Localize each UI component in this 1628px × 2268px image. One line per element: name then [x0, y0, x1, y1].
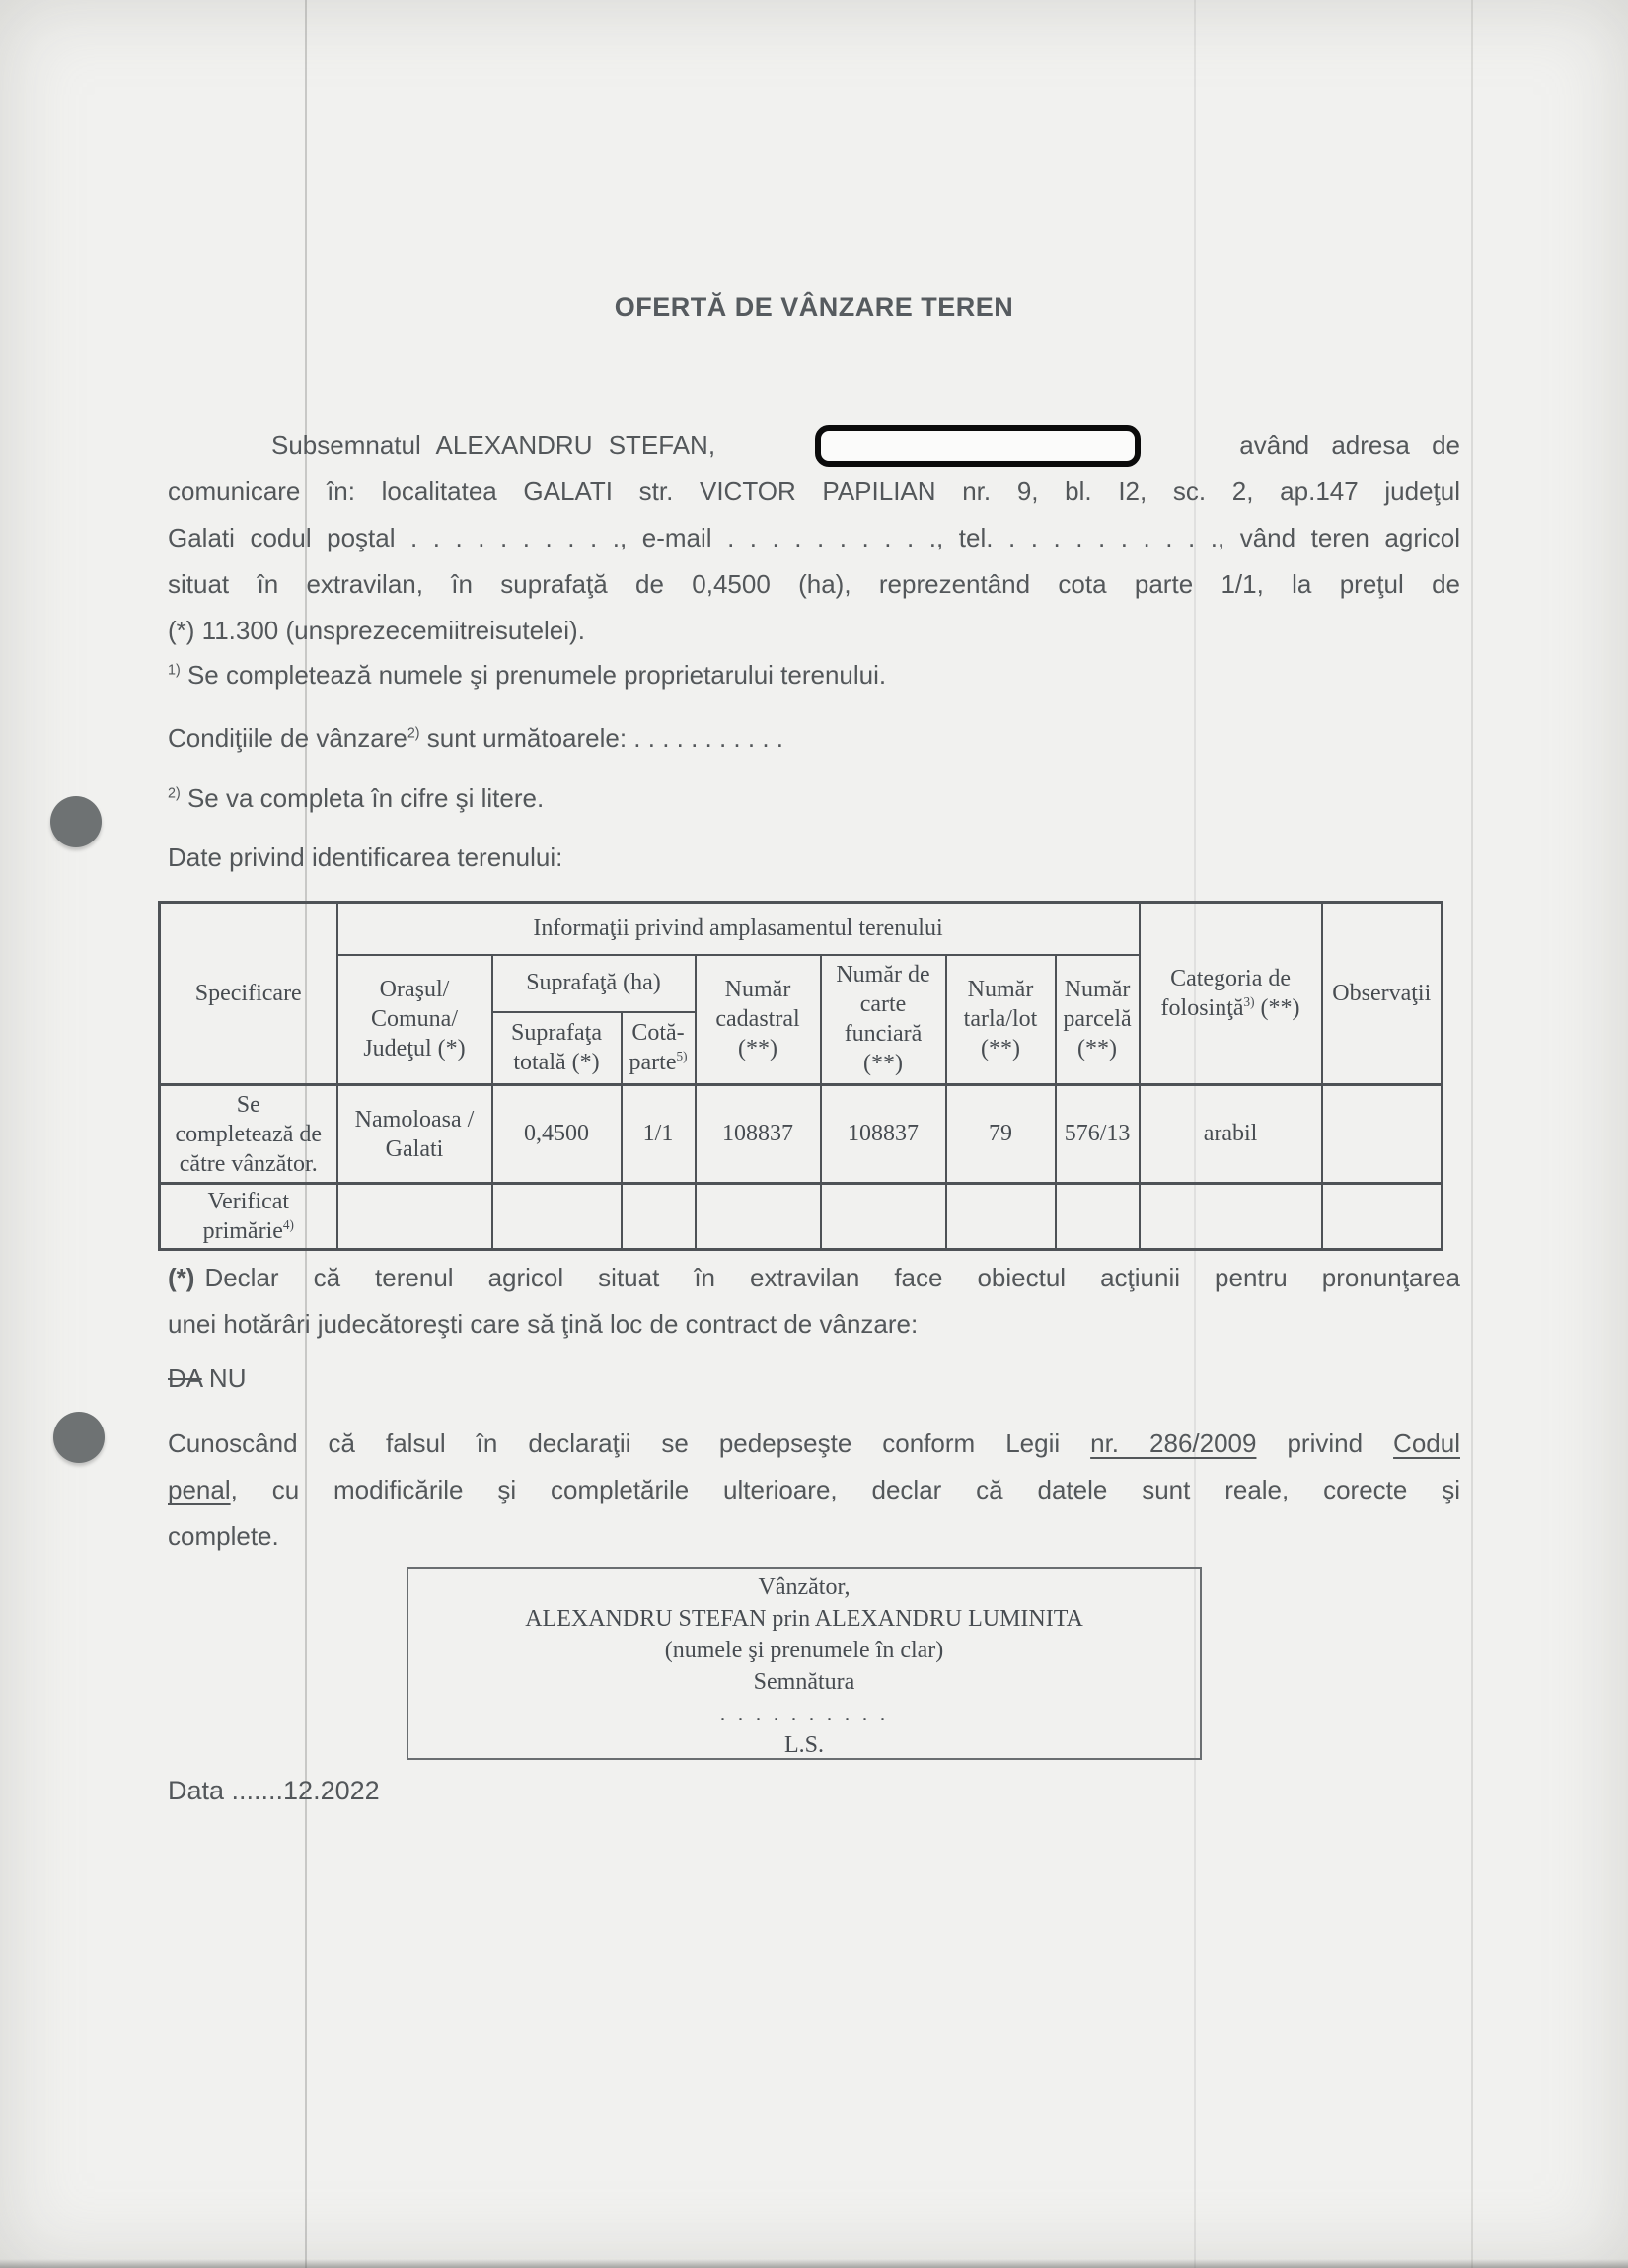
- footnote-1: 1) Se completează numele şi prenumele pr…: [168, 658, 1460, 692]
- col-header-observatii: Observaţii: [1322, 903, 1443, 1085]
- intro-line-1-after: având adresa de: [1239, 422, 1460, 469]
- table-intro: Date privind identificarea terenului:: [168, 841, 1460, 874]
- cell-orasul: Namoloasa / Galati: [337, 1085, 492, 1184]
- declaration-marker: (*): [168, 1263, 194, 1292]
- ls-label: L.S.: [408, 1729, 1200, 1761]
- penalty-paragraph: Cunoscând că falsul în declaraţii se ped…: [168, 1421, 1460, 1560]
- footnote-1-marker: 1): [168, 662, 181, 678]
- conditions-before: Condiţiile de vânzare: [168, 723, 407, 753]
- intro-line-4: situat în extravilan, în suprafaţă de 0,…: [168, 561, 1460, 608]
- declaration-paragraph: (*)Declar că terenul agricol situat în e…: [168, 1255, 1460, 1348]
- da-nu-choice: DA NU: [168, 1363, 246, 1394]
- redaction-box: [815, 425, 1141, 467]
- cell-suprafata-totala: 0,4500: [492, 1085, 622, 1184]
- col-header-specificare: Specificare: [160, 903, 337, 1085]
- conditions-marker: 2): [407, 725, 420, 741]
- penal-reference: penal: [168, 1475, 231, 1504]
- col-header-cota-parte: Cotă- parte5): [622, 1012, 696, 1085]
- cell-row-label: Se completează de către vânzător.: [160, 1085, 337, 1184]
- table-row-verificat: Verificat primărie4): [160, 1184, 1443, 1250]
- scan-bottom-edge: [0, 2259, 1628, 2268]
- categoria-line-1: Categoria de: [1144, 964, 1318, 993]
- cota-parte-marker: 5): [676, 1049, 687, 1063]
- seller-label: Vânzător,: [408, 1572, 1200, 1603]
- col-header-nr-cadastral: Număr cadastral (**): [696, 955, 821, 1085]
- codul-reference: Codul: [1393, 1428, 1460, 1458]
- land-identification-table: Specificare Informaţii privind amplasame…: [158, 901, 1443, 1251]
- intro-line-1-before: Subsemnatul ALEXANDRU STEFAN,: [271, 422, 715, 469]
- col-header-suprafata-totala: Suprafaţa totală (*): [492, 1012, 622, 1085]
- penalty-line-2: penal, cu modificările şi completările u…: [168, 1467, 1460, 1513]
- conditions-line: Condiţiile de vânzare2) sunt următoarele…: [168, 721, 1460, 755]
- col-header-suprafata-group: Suprafaţă (ha): [492, 955, 696, 1012]
- punch-hole-top: [50, 796, 102, 847]
- signature-label: Semnătura: [408, 1666, 1200, 1698]
- cell-nr-parcela: 576/13: [1056, 1085, 1140, 1184]
- categoria-line-2: folosinţă3) (**): [1144, 993, 1318, 1023]
- paper-crease: [1471, 0, 1473, 2268]
- cell-cota-parte: 1/1: [622, 1085, 696, 1184]
- choice-da-strikethrough: DA: [168, 1363, 202, 1393]
- cell-categoria: arabil: [1140, 1085, 1322, 1184]
- declaration-line-1: (*)Declar că terenul agricol situat în e…: [168, 1255, 1460, 1301]
- penalty-line-3: complete.: [168, 1513, 1460, 1560]
- col-header-categoria: Categoria de folosinţă3) (**): [1140, 903, 1322, 1085]
- table-row-vanzator: Se completează de către vânzător. Namolo…: [160, 1085, 1443, 1184]
- cell-observatii: [1322, 1085, 1443, 1184]
- scanned-document-page: OFERTĂ DE VÂNZARE TEREN Subsemnatul ALEX…: [0, 0, 1628, 2268]
- intro-line-2: comunicare în: localitatea GALATI str. V…: [168, 469, 1460, 515]
- group-header-amplasament: Informaţii privind amplasamentul terenul…: [337, 903, 1140, 955]
- name-clarification: (numele şi prenumele în clar): [408, 1635, 1200, 1666]
- declaration-line-2: unei hotărâri judecătoreşti care să ţină…: [168, 1301, 1460, 1348]
- intro-line-3: Galati codul poştal . . . . . . . . . .,…: [168, 515, 1460, 561]
- cell-nr-carte: 108837: [821, 1085, 946, 1184]
- intro-line-5: (*) 11.300 (unsprezecemiitreisutelei).: [168, 608, 1460, 654]
- col-header-nr-parcela: Număr parcelă (**): [1056, 955, 1140, 1085]
- punch-hole-bottom: [53, 1412, 105, 1463]
- footnote-2-marker: 2): [168, 785, 181, 801]
- verificat-marker: 4): [283, 1217, 294, 1232]
- law-reference: nr. 286/2009: [1090, 1428, 1256, 1458]
- cell-nr-tarla: 79: [946, 1085, 1056, 1184]
- seller-name: ALEXANDRU STEFAN prin ALEXANDRU LUMINITA: [408, 1603, 1200, 1635]
- signature-box: Vânzător, ALEXANDRU STEFAN prin ALEXANDR…: [407, 1567, 1202, 1760]
- footnote-2: 2) Se va completa în cifre şi litere.: [168, 781, 1460, 815]
- choice-nu: NU: [209, 1363, 247, 1393]
- intro-line-1: Subsemnatul ALEXANDRU STEFAN, având adre…: [168, 422, 1460, 469]
- col-header-nr-tarla: Număr tarla/lot (**): [946, 955, 1056, 1085]
- cell-verificat-label: Verificat primărie4): [160, 1184, 337, 1250]
- document-title: OFERTĂ DE VÂNZARE TEREN: [168, 292, 1460, 323]
- penalty-line-1: Cunoscând că falsul în declaraţii se ped…: [168, 1421, 1460, 1467]
- col-header-nr-carte: Număr de carte funciară (**): [821, 955, 946, 1085]
- categoria-marker: 3): [1244, 994, 1255, 1009]
- col-header-orasul: Oraşul/ Comuna/ Judeţul (*): [337, 955, 492, 1085]
- cell-nr-cadastral: 108837: [696, 1085, 821, 1184]
- footnote-2-text: Se va completa în cifre şi litere.: [181, 783, 544, 813]
- date-line: Data .......12.2022: [168, 1776, 380, 1806]
- footnote-1-text: Se completează numele şi prenumele propr…: [181, 660, 886, 690]
- intro-paragraph: Subsemnatul ALEXANDRU STEFAN, având adre…: [168, 422, 1460, 654]
- signature-dots: . . . . . . . . . .: [408, 1698, 1200, 1729]
- conditions-after: sunt următoarele: . . . . . . . . . . .: [420, 723, 783, 753]
